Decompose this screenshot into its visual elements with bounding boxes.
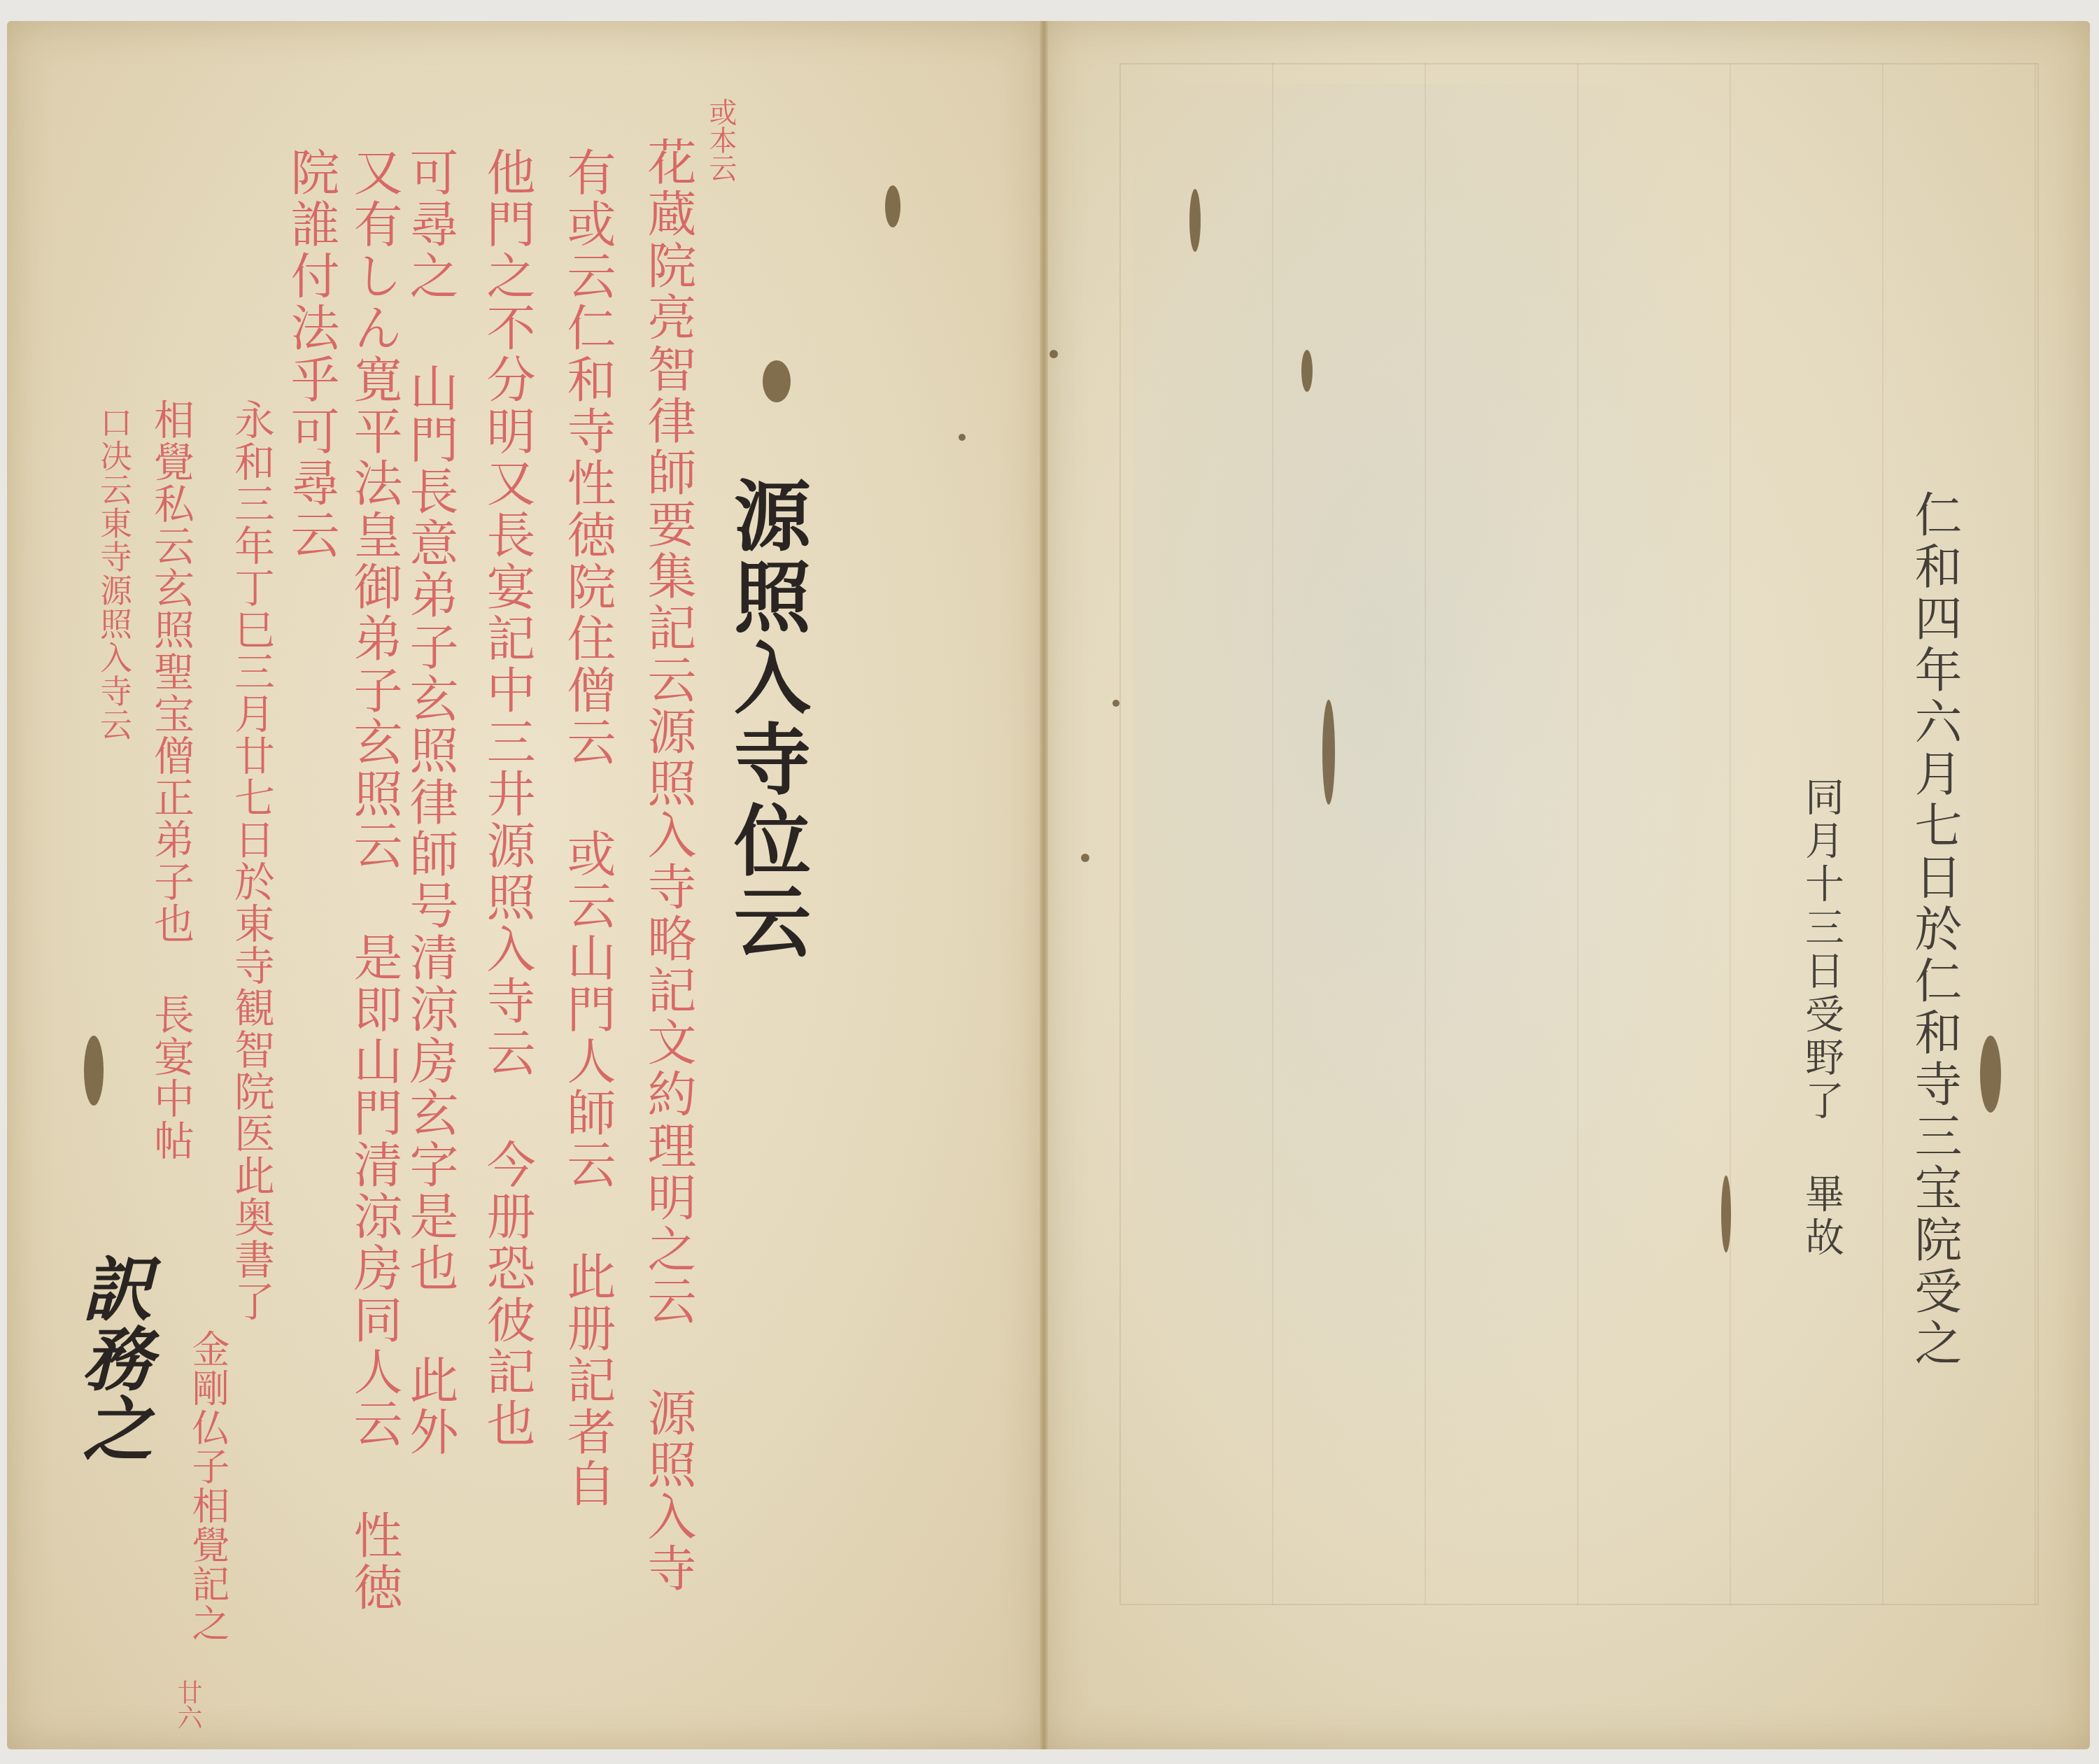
red-text-column-5: 又有しん寛平法皇御弟子玄照云 是即山門清涼房同人云 性徳 [350,147,399,1614]
wormhole [959,434,966,441]
red-text-column-6: 院誰付法乎可尋云 [287,147,336,561]
ruled-border [1119,63,2039,1605]
wormhole [1189,189,1201,252]
wormhole [885,185,900,227]
signature: 訳務之 [77,1253,147,1462]
wormhole [1980,1036,2001,1113]
date-column: 永和三年丁巳三月廿七日於東寺観智院医此奥書了 [231,399,271,1322]
red-text-column-1: 花蔵院亮智律師要集記云源照入寺略記文約理明之云 源照入寺 [644,136,693,1595]
wormhole [1049,350,1058,358]
wormhole [1112,700,1119,707]
wormhole [84,1036,104,1106]
colophon-bottom: 金剛仏子相覺記之 [189,1329,227,1643]
colophon-column-2: 口决云東寺源照入寺云 [98,406,130,742]
marginal-note: 或本云 [707,98,735,182]
folio-number: 廿六 [175,1679,200,1730]
colophon-column-1: 相覺私云玄照聖宝僧正弟子也 長宴中帖 [150,399,191,1162]
wormhole [1322,700,1335,805]
right-text-column-2: 同月十三日受野了 畢故 [1802,777,1841,1260]
book-gutter [1040,21,1048,1749]
red-text-column-2: 有或云仁和寺性徳院住僧云 或云山門人師云 此册記者自 [563,147,612,1510]
wormhole [1081,854,1089,862]
right-text-column-1: 仁和四年六月七日於仁和寺三宝院受之 [1910,490,1958,1370]
wormhole [1721,1176,1731,1253]
wormhole [1301,350,1313,392]
red-text-column-4: 可尋之 山門長意弟子玄照律師号清涼房玄字是也 此外 [406,147,455,1458]
section-title: 源照入寺位云 [728,476,805,963]
wormhole [763,360,791,402]
red-text-column-3: 他門之不分明又長宴記中三井源照入寺云 今册恐彼記也 [483,147,532,1450]
